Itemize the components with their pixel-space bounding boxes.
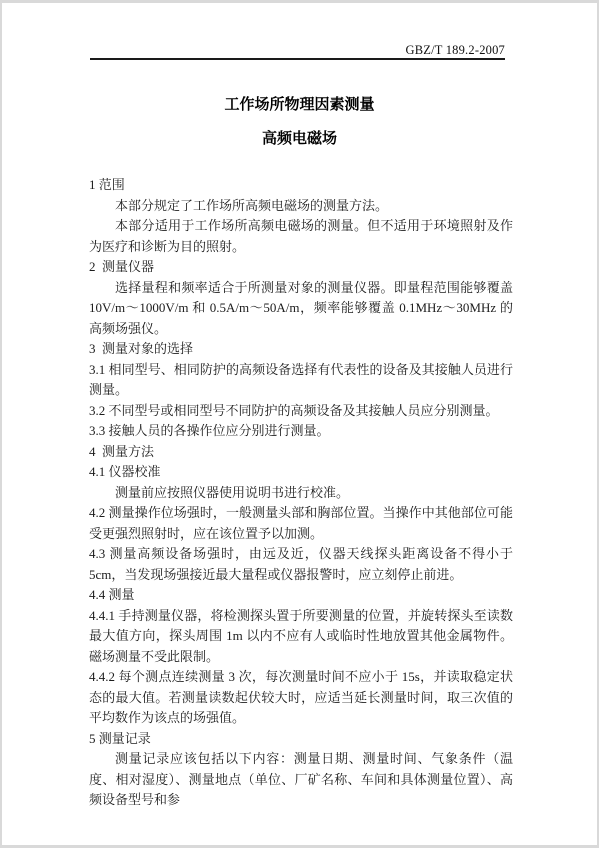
paragraph: 3.1 相同型号、相同防护的高频设备选择有代表性的设备及其接触人员进行测量。 — [89, 360, 513, 401]
paragraph: 选择量程和频率适合于所测量对象的测量仪器。即量程范围能够覆盖 10V/m～100… — [89, 278, 513, 340]
paragraph: 测量前应按照仪器使用说明书进行校准。 — [89, 483, 513, 504]
standard-code: GBZ/T 189.2-2007 — [90, 43, 505, 58]
document-viewport: { "page": { "header": { "standard_code":… — [0, 0, 599, 848]
clause-heading: 3 测量对象的选择 — [89, 339, 513, 360]
paragraph: 3.3 接触人员的各操作位应分别进行测量。 — [89, 421, 513, 442]
paragraph: 4.3 测量高频设备场强时，由远及近，仪器天线探头距离设备不得小于 5cm，当发… — [89, 544, 513, 585]
document-page: GBZ/T 189.2-2007 工作场所物理因素测量 高频电磁场 1 范围本部… — [2, 3, 597, 845]
clause-heading: 2 测量仪器 — [89, 257, 513, 278]
paragraph: 4.1 仪器校准 — [89, 462, 513, 483]
document-subtitle: 高频电磁场 — [2, 127, 597, 148]
paragraph: 4.2 测量操作位场强时，一般测量头部和胸部位置。当操作中其他部位可能受更强烈照… — [89, 503, 513, 544]
paragraph: 本部分适用于工作场所高频电磁场的测量。但不适用于环境照射及作为医疗和诊断为目的照… — [89, 216, 513, 257]
paragraph: 测量记录应该包括以下内容：测量日期、测量时间、气象条件（温度、相对湿度）、测量地… — [89, 749, 513, 811]
paragraph: 4.4.1 手持测量仪器，将检测探头置于所要测量的位置，并旋转探头至读数最大值方… — [89, 606, 513, 668]
clause-heading: 4 测量方法 — [89, 442, 513, 463]
paragraph: 本部分规定了工作场所高频电磁场的测量方法。 — [89, 196, 513, 217]
header-rule — [90, 58, 505, 60]
clause-heading: 5 测量记录 — [89, 729, 513, 750]
clause-heading: 1 范围 — [89, 175, 513, 196]
paragraph: 4.4.2 每个测点连续测量 3 次，每次测量时间不应小于 15s，并读取稳定状… — [89, 667, 513, 729]
document-title: 工作场所物理因素测量 — [2, 93, 597, 114]
document-body: 1 范围本部分规定了工作场所高频电磁场的测量方法。本部分适用于工作场所高频电磁场… — [89, 175, 513, 811]
paragraph: 4.4 测量 — [89, 585, 513, 606]
paragraph: 3.2 不同型号或相同型号不同防护的高频设备及其接触人员应分别测量。 — [89, 401, 513, 422]
